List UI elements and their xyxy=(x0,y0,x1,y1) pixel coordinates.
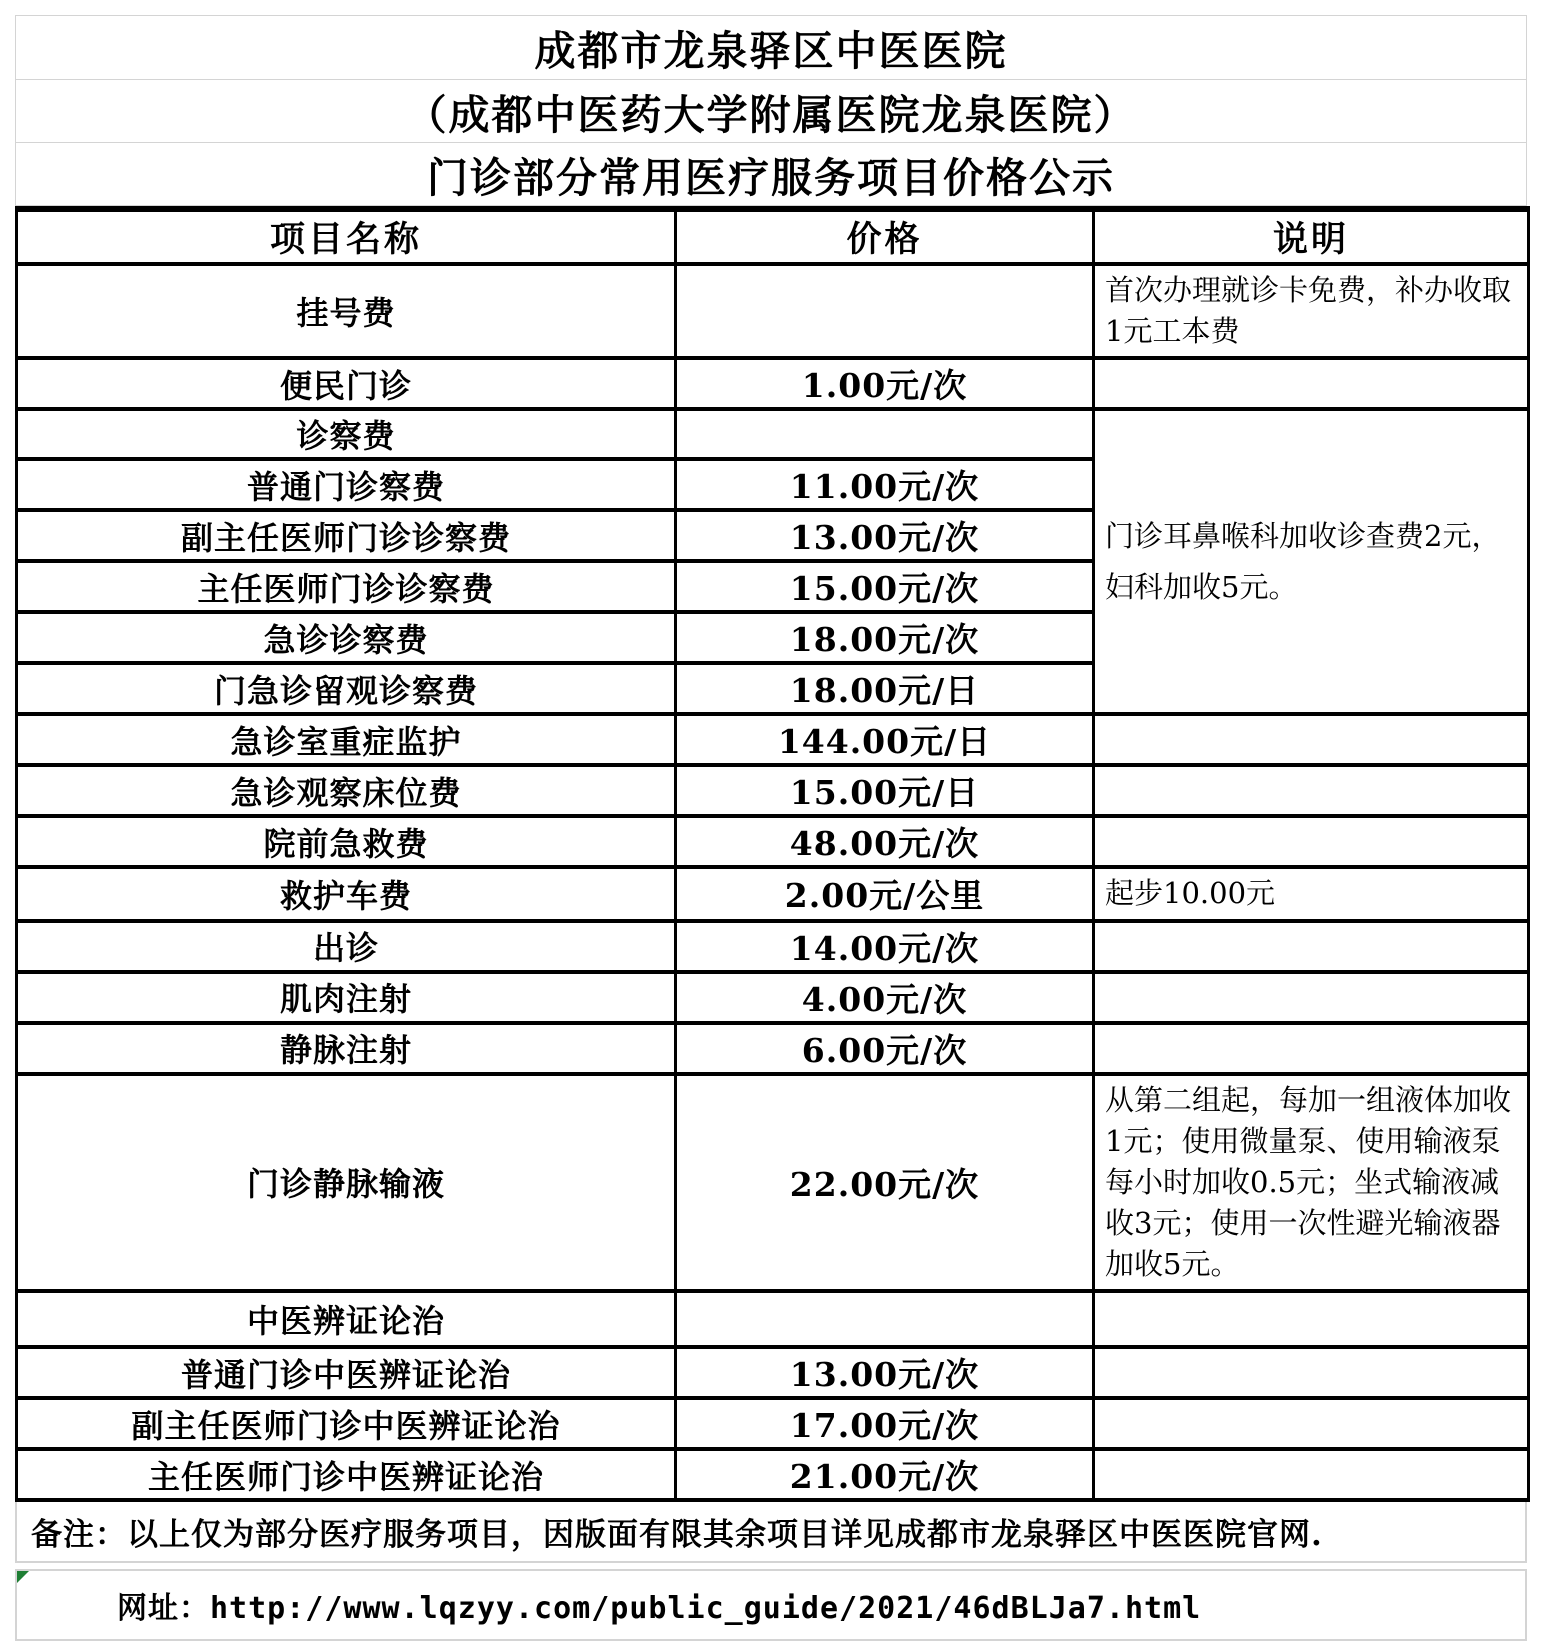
remark-box: 备注：以上仅为部分医疗服务项目，因版面有限其余项目详见成都市龙泉驿区中医医院官网… xyxy=(15,1502,1527,1563)
price-cell: 17.00元/次 xyxy=(676,1398,1094,1449)
header-price: 价格 xyxy=(676,209,1094,264)
price-cell: 15.00元/次 xyxy=(676,561,1094,612)
price-cell: 4.00元/次 xyxy=(676,972,1094,1023)
item-name-cell: 静脉注射 xyxy=(17,1023,676,1074)
header-note: 说明 xyxy=(1094,209,1529,264)
price-cell: 48.00元/次 xyxy=(676,816,1094,867)
title-line-2: （成都中医药大学附属医院龙泉医院） xyxy=(16,79,1526,142)
url-box: 网址：http://www.lqzyy.com/public_guide/202… xyxy=(15,1569,1527,1641)
item-name-cell: 中医辨证论治 xyxy=(17,1291,676,1347)
table-row: 出诊 14.00元/次 xyxy=(17,921,1529,972)
table-row: 挂号费 首次办理就诊卡免费，补办收取1元工本费 xyxy=(17,264,1529,358)
price-cell xyxy=(676,264,1094,358)
note-cell xyxy=(1094,1398,1529,1449)
note-cell xyxy=(1094,714,1529,765)
note-cell: 起步10.00元 xyxy=(1094,867,1529,920)
price-cell: 2.00元/公里 xyxy=(676,867,1094,920)
price-cell: 14.00元/次 xyxy=(676,921,1094,972)
note-cell: 首次办理就诊卡免费，补办收取1元工本费 xyxy=(1094,264,1529,358)
price-cell: 1.00元/次 xyxy=(676,358,1094,409)
table-row: 急诊观察床位费 15.00元/日 xyxy=(17,765,1529,816)
table-row: 中医辨证论治 xyxy=(17,1291,1529,1347)
item-name-cell: 急诊室重症监护 xyxy=(17,714,676,765)
price-cell: 13.00元/次 xyxy=(676,1347,1094,1398)
item-name-cell: 出诊 xyxy=(17,921,676,972)
remark-text: 备注：以上仅为部分医疗服务项目，因版面有限其余项目详见成都市龙泉驿区中医医院官网… xyxy=(31,1509,1323,1554)
item-name-cell: 急诊观察床位费 xyxy=(17,765,676,816)
price-cell: 15.00元/日 xyxy=(676,765,1094,816)
note-cell xyxy=(1094,1449,1529,1500)
item-name-cell: 肌肉注射 xyxy=(17,972,676,1023)
note-cell xyxy=(1094,1291,1529,1347)
title-line-1: 成都市龙泉驿区中医医院 xyxy=(16,16,1526,79)
table-row: 静脉注射 6.00元/次 xyxy=(17,1023,1529,1074)
item-name-cell: 副主任医师门诊中医辨证论治 xyxy=(17,1398,676,1449)
item-name-cell: 普通门诊中医辨证论治 xyxy=(17,1347,676,1398)
item-name-cell: 普通门诊察费 xyxy=(17,459,676,510)
table-row: 院前急救费 48.00元/次 xyxy=(17,816,1529,867)
table-row: 主任医师门诊中医辨证论治 21.00元/次 xyxy=(17,1449,1529,1500)
price-cell: 6.00元/次 xyxy=(676,1023,1094,1074)
note-cell xyxy=(1094,1347,1529,1398)
page: 成都市龙泉驿区中医医院 （成都中医药大学附属医院龙泉医院） 门诊部分常用医疗服务… xyxy=(0,0,1542,1562)
table-row: 诊察费 门诊耳鼻喉科加收诊查费2元，妇科加收5元。 xyxy=(17,409,1529,459)
price-cell: 11.00元/次 xyxy=(676,459,1094,510)
note-cell xyxy=(1094,921,1529,972)
note-cell xyxy=(1094,1023,1529,1074)
header-item-name: 项目名称 xyxy=(17,209,676,264)
url-text: 网址：http://www.lqzyy.com/public_guide/202… xyxy=(117,1583,1201,1627)
price-cell xyxy=(676,1291,1094,1347)
price-cell: 144.00元/日 xyxy=(676,714,1094,765)
note-cell xyxy=(1094,816,1529,867)
table-row: 门诊静脉输液 22.00元/次 从第二组起，每加一组液体加收1元；使用微量泵、使… xyxy=(17,1074,1529,1292)
item-name-cell: 便民门诊 xyxy=(17,358,676,409)
note-cell xyxy=(1094,358,1529,409)
cell-corner-triangle-icon xyxy=(17,1571,29,1583)
note-cell: 从第二组起，每加一组液体加收1元；使用微量泵、使用输液泵每小时加收0.5元；坐式… xyxy=(1094,1074,1529,1292)
price-cell: 18.00元/次 xyxy=(676,612,1094,663)
note-cell xyxy=(1094,972,1529,1023)
item-name-cell: 主任医师门诊中医辨证论治 xyxy=(17,1449,676,1500)
item-name-cell: 门诊静脉输液 xyxy=(17,1074,676,1292)
price-cell: 21.00元/次 xyxy=(676,1449,1094,1500)
price-cell: 13.00元/次 xyxy=(676,510,1094,561)
price-cell xyxy=(676,409,1094,459)
title-line-3: 门诊部分常用医疗服务项目价格公示 xyxy=(16,142,1526,205)
item-name-cell: 院前急救费 xyxy=(17,816,676,867)
item-name-cell: 副主任医师门诊诊察费 xyxy=(17,510,676,561)
table-row: 急诊室重症监护 144.00元/日 xyxy=(17,714,1529,765)
item-name-cell: 诊察费 xyxy=(17,409,676,459)
table-row: 副主任医师门诊中医辨证论治 17.00元/次 xyxy=(17,1398,1529,1449)
table-row: 肌肉注射 4.00元/次 xyxy=(17,972,1529,1023)
title-block: 成都市龙泉驿区中医医院 （成都中医药大学附属医院龙泉医院） 门诊部分常用医疗服务… xyxy=(15,15,1527,206)
price-table: 项目名称 价格 说明 挂号费 首次办理就诊卡免费，补办收取1元工本费 便民门诊 … xyxy=(15,206,1530,1502)
note-cell xyxy=(1094,765,1529,816)
price-cell: 22.00元/次 xyxy=(676,1074,1094,1292)
item-name-cell: 门急诊留观诊察费 xyxy=(17,663,676,714)
table-row: 普通门诊中医辨证论治 13.00元/次 xyxy=(17,1347,1529,1398)
note-cell: 门诊耳鼻喉科加收诊查费2元，妇科加收5元。 xyxy=(1094,409,1529,714)
header-row: 项目名称 价格 说明 xyxy=(17,209,1529,264)
item-name-cell: 主任医师门诊诊察费 xyxy=(17,561,676,612)
item-name-cell: 急诊诊察费 xyxy=(17,612,676,663)
table-row: 便民门诊 1.00元/次 xyxy=(17,358,1529,409)
item-name-cell: 挂号费 xyxy=(17,264,676,358)
item-name-cell: 救护车费 xyxy=(17,867,676,920)
table-row: 救护车费 2.00元/公里 起步10.00元 xyxy=(17,867,1529,920)
price-cell: 18.00元/日 xyxy=(676,663,1094,714)
